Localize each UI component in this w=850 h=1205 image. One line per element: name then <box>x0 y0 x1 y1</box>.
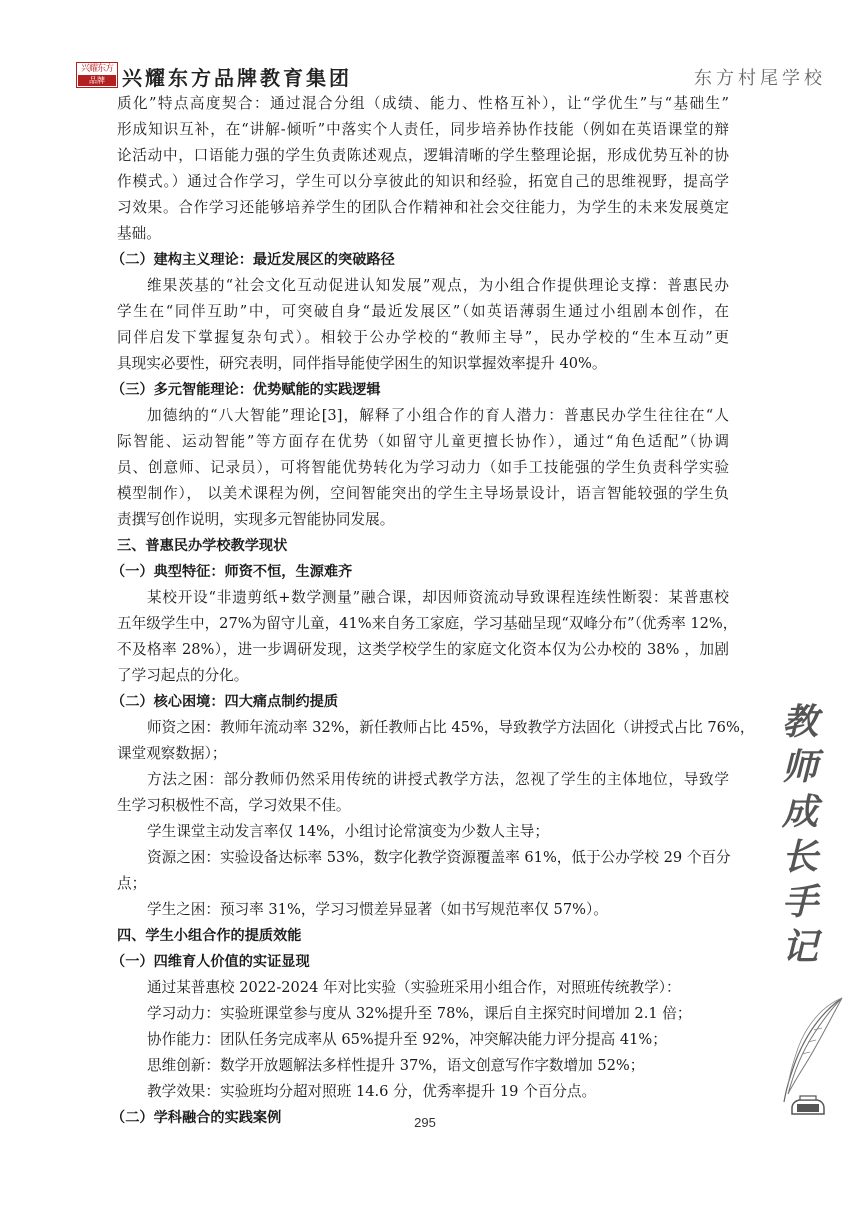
side-title-char: 教 <box>770 700 830 745</box>
body-text-line: 同伴启发下掌握复杂句式）。相较于公办学校的“教师主导”，民办学校的“生本互动”更 <box>117 328 729 348</box>
body-text-line: 思维创新：数学开放题解法多样性提升 37%，语文创意写作字数增加 52%； <box>117 1056 729 1076</box>
side-title-char: 成 <box>770 790 830 835</box>
logo-bottom-text: 品牌 <box>78 75 116 86</box>
body-text-line: 点； <box>117 874 729 894</box>
body-text-line: 习效果。合作学习还能够培养学生的团队合作精神和社会交往能力，为学生的未来发展奠定 <box>117 198 729 218</box>
body-text-line: 学习动力：实验班课堂参与度从 32%提升至 78%，课后自主探究时间增加 2.1… <box>117 1004 729 1024</box>
body-text-line: 具现实必要性，研究表明，同伴指导能使学困生的知识掌握效率提升 40%。 <box>117 354 729 374</box>
body-text-line: 师资之困：教师年流动率 32%，新任教师占比 45%，导致教学方法固化（讲授式占… <box>117 718 729 738</box>
body-text-line: 责撰写创作说明，实现多元智能协同发展。 <box>117 510 729 530</box>
body-text-line: 生学习积极性不高，学习效果不佳。 <box>117 796 729 816</box>
section-heading: 三、普惠民办学校教学现状 <box>117 536 729 556</box>
body-text-line: 资源之困：实验设备达标率 53%，数字化教学资源覆盖率 61%，低于公办学校 2… <box>117 848 729 868</box>
body-text-line: 员、创意师、记录员），可将智能优势转化为学习动力（如手工技能强的学生负责科学实验 <box>117 458 729 478</box>
body-text-line: 了学习起点的分化。 <box>117 666 729 686</box>
side-calligraphy-title: 教师成长手记 <box>770 700 830 970</box>
quill-and-inkwell-icon <box>770 990 850 1120</box>
body-text-line: 学生课堂主动发言率仅 14%，小组讨论常演变为少数人主导； <box>117 822 729 842</box>
body-text-line: 基础。 <box>117 224 729 244</box>
body-text-line: 课堂观察数据）； <box>117 744 729 764</box>
body-text-line: 维果茨基的“社会文化互动促进认知发展”观点，为小组合作提供理论支撑：普惠民办 <box>117 276 729 296</box>
body-text-line: 五年级学生中，27%为留守儿童，41%来自务工家庭，学习基础呈现“双峰分布”（优… <box>117 614 729 634</box>
body-text-line: 质化”特点高度契合：通过混合分组（成绩、能力、性格互补），让“学优生”与“基础生… <box>117 94 729 114</box>
body-text-line: 学生之困：预习率 31%，学习习惯差异显著（如书写规范率仅 57%）。 <box>117 900 729 920</box>
body-text-line: 作模式。）通过合作学习，学生可以分享彼此的知识和经验，拓宽自己的思维视野，提高学 <box>117 172 729 192</box>
body-text-line: 形成知识互补，在“讲解-倾听”中落实个人责任，同步培养协作技能（例如在英语课堂的… <box>117 120 729 140</box>
body-text-line: 论活动中，口语能力强的学生负责陈述观点，逻辑清晰的学生整理论据，形成优势互补的协 <box>117 146 729 166</box>
body-text-line: 协作能力：团队任务完成率从 65%提升至 92%，冲突解决能力评分提高 41%； <box>117 1030 729 1050</box>
brand-logo-icon: 兴耀东方 品牌 <box>76 62 118 88</box>
section-heading: （一）四维育人价值的实证显现 <box>111 952 723 972</box>
body-text-line: 不及格率 28%），进一步调研发现，这类学校学生的家庭文化资本仅为公办校的 38… <box>117 640 729 660</box>
body-text-line: 方法之困：部分教师仍然采用传统的讲授式教学方法，忽视了学生的主体地位，导致学 <box>117 770 729 790</box>
section-heading: （二）核心困境：四大痛点制约提质 <box>111 692 723 712</box>
logo-top-text: 兴耀东方 <box>78 64 116 75</box>
logo-bottom-band: 品牌 <box>78 75 116 86</box>
side-title-char: 手 <box>770 880 830 925</box>
side-title-char: 记 <box>770 925 830 970</box>
body-text-line: 学生在“同伴互助”中，可突破自身“最近发展区”（如英语薄弱生通过小组剧本创作，在 <box>117 302 729 322</box>
section-heading: （一）典型特征：师资不恒，生源难齐 <box>111 562 723 582</box>
school-name: 东方村尾学校 <box>694 64 826 90</box>
body-text-line: 教学效果：实验班均分超对照班 14.6 分，优秀率提升 19 个百分点。 <box>117 1082 729 1102</box>
body-text-line: 某校开设“非遗剪纸+数学测量”融合课，却因师资流动导致课程连续性断裂：某普惠校 <box>117 588 729 608</box>
body-text-line: 通过某普惠校 2022-2024 年对比实验（实验班采用小组合作，对照班传统教学… <box>117 978 729 998</box>
section-heading: （三）多元智能理论：优势赋能的实践逻辑 <box>111 380 723 400</box>
page-header: 兴耀东方 品牌 兴耀东方品牌教育集团 东方村尾学校 <box>76 60 826 92</box>
page-number: 295 <box>0 1115 850 1130</box>
body-text-line: 际智能、运动智能”等方面存在优势（如留守儿童更擅长协作），通过“角色适配”（协调 <box>117 432 729 452</box>
side-title-char: 师 <box>770 745 830 790</box>
side-title-char: 长 <box>770 835 830 880</box>
brand-name: 兴耀东方品牌教育集团 <box>122 62 352 91</box>
body-text-line: 模型制作）， 以美术课程为例，空间智能突出的学生主导场景设计，语言智能较强的学生… <box>117 484 729 504</box>
section-heading: （二）建构主义理论：最近发展区的突破路径 <box>111 250 723 270</box>
section-heading: 四、学生小组合作的提质效能 <box>117 926 729 946</box>
body-text-line: 加德纳的“八大智能”理论[3]，解释了小组合作的育人潜力：普惠民办学生往往在“人 <box>117 406 729 426</box>
